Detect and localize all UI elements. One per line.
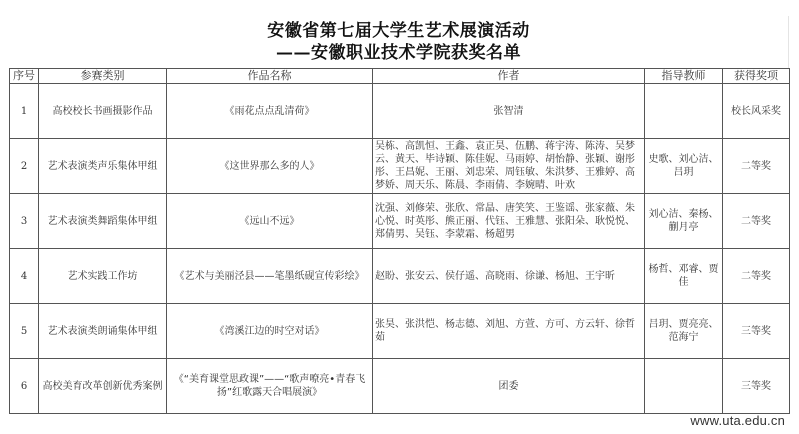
table-row: 1 高校校长书画摄影作品 《雨花点点乱清荷》 张智清 校长风采奖 — [10, 84, 790, 139]
cell-advisor: 史歌、刘心洁、吕玥 — [645, 139, 723, 194]
cell-advisor — [645, 84, 723, 139]
title-block: 安徽省第七届大学生艺术展演活动 ——安徽职业技术学院获奖名单 — [9, 16, 789, 68]
cell-authors: 沈强、刘修荣、张欣、常晶、唐笑笑、王鉴谣、张家薇、朱心悦、时英彤、熊正丽、代钰、… — [373, 194, 645, 249]
cell-award: 二等奖 — [723, 139, 790, 194]
table-row: 4 艺术实践工作坊 《艺术与美丽泾县——笔墨纸砚宣传彩绘》 赵盼、张安云、侯仔遥… — [10, 249, 790, 304]
cell-advisor — [645, 359, 723, 414]
cell-authors: 吴栋、高凯恒、王鑫、袁正昊、伍鹏、蒋宇涛、陈涛、吴梦云、黄天、毕诗颖、陈佳妮、马… — [373, 139, 645, 194]
cell-category: 艺术表演类舞蹈集体甲组 — [39, 194, 167, 249]
table-header-row: 序号 参赛类别 作品名称 作者 指导教师 获得奖项 — [10, 69, 790, 84]
cell-work: 《这世界那么多的人》 — [167, 139, 373, 194]
table-row: 3 艺术表演类舞蹈集体甲组 《远山不远》 沈强、刘修荣、张欣、常晶、唐笑笑、王鉴… — [10, 194, 790, 249]
award-table: 序号 参赛类别 作品名称 作者 指导教师 获得奖项 1 高校校长书画摄影作品 《… — [9, 68, 790, 414]
header-award: 获得奖项 — [723, 69, 790, 84]
page-title: 安徽省第七届大学生艺术展演活动 — [9, 16, 788, 42]
cell-advisor: 杨哲、邓睿、贾佳 — [645, 249, 723, 304]
cell-index: 5 — [10, 304, 39, 359]
table-row: 2 艺术表演类声乐集体甲组 《这世界那么多的人》 吴栋、高凯恒、王鑫、袁正昊、伍… — [10, 139, 790, 194]
cell-category: 艺术表演类朗诵集体甲组 — [39, 304, 167, 359]
cell-authors: 张智清 — [373, 84, 645, 139]
cell-work: 《雨花点点乱清荷》 — [167, 84, 373, 139]
header-authors: 作者 — [373, 69, 645, 84]
cell-authors: 团委 — [373, 359, 645, 414]
cell-work: 《“美育课堂思政课”——“歌声嘹亮•青春飞扬”红歌露天合唱展演》 — [167, 359, 373, 414]
cell-index: 4 — [10, 249, 39, 304]
cell-award: 三等奖 — [723, 359, 790, 414]
cell-award: 二等奖 — [723, 194, 790, 249]
cell-category: 艺术实践工作坊 — [39, 249, 167, 304]
cell-award: 校长风采奖 — [723, 84, 790, 139]
table-row: 5 艺术表演类朗诵集体甲组 《湾溪江边的时空对话》 张昊、张洪恺、杨志德、刘旭、… — [10, 304, 790, 359]
cell-advisor: 刘心洁、秦杨、蒯月亭 — [645, 194, 723, 249]
cell-authors: 赵盼、张安云、侯仔遥、高晓雨、徐谦、杨旭、王宇昕 — [373, 249, 645, 304]
page-subtitle: ——安徽职业技术学院获奖名单 — [9, 42, 788, 64]
cell-index: 2 — [10, 139, 39, 194]
award-list-sheet: 安徽省第七届大学生艺术展演活动 ——安徽职业技术学院获奖名单 序号 参赛类别 作… — [9, 16, 789, 414]
cell-work: 《远山不远》 — [167, 194, 373, 249]
header-category: 参赛类别 — [39, 69, 167, 84]
cell-award: 二等奖 — [723, 249, 790, 304]
cell-authors: 张昊、张洪恺、杨志德、刘旭、方萱、方可、方云轩、徐哲茹 — [373, 304, 645, 359]
header-index: 序号 — [10, 69, 39, 84]
cell-award: 三等奖 — [723, 304, 790, 359]
cell-category: 高校校长书画摄影作品 — [39, 84, 167, 139]
cell-category: 艺术表演类声乐集体甲组 — [39, 139, 167, 194]
cell-index: 6 — [10, 359, 39, 414]
cell-index: 1 — [10, 84, 39, 139]
header-advisor: 指导教师 — [645, 69, 723, 84]
source-watermark: www.uta.edu.cn — [690, 413, 785, 428]
table-row: 6 高校美育改革创新优秀案例 《“美育课堂思政课”——“歌声嘹亮•青春飞扬”红歌… — [10, 359, 790, 414]
header-work: 作品名称 — [167, 69, 373, 84]
cell-index: 3 — [10, 194, 39, 249]
cell-advisor: 吕玥、贾亮亮、范海宁 — [645, 304, 723, 359]
cell-work: 《艺术与美丽泾县——笔墨纸砚宣传彩绘》 — [167, 249, 373, 304]
cell-category: 高校美育改革创新优秀案例 — [39, 359, 167, 414]
cell-work: 《湾溪江边的时空对话》 — [167, 304, 373, 359]
